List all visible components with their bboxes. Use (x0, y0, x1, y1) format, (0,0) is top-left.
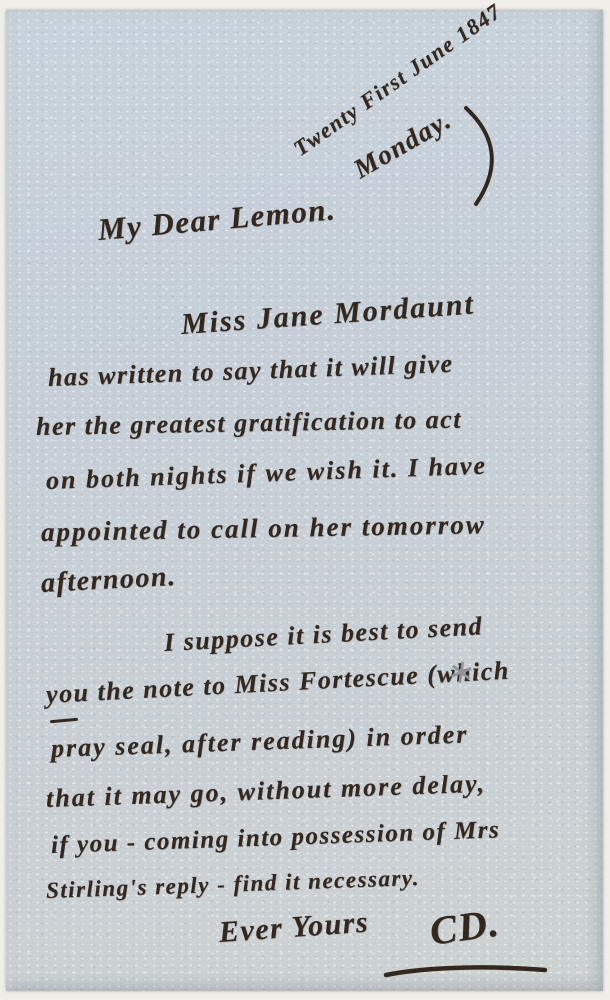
letter-line: if you - coming into possession of Mrs (51, 816, 501, 860)
valediction: Ever Yours (218, 906, 370, 950)
letter-line: appointed to call on her tomorrow (41, 509, 486, 548)
letter-line: that it may go, without more delay, (45, 769, 486, 814)
pencil-asterisk-mark: ∗ (444, 650, 478, 694)
letter-line: afternoon. (40, 561, 177, 600)
letter-line: Miss Jane Mordaunt (180, 288, 476, 342)
letter-line: Stirling's reply - find it necessary. (46, 865, 421, 904)
salutation: My Dear Lemon. (96, 191, 337, 248)
pen-flourish (448, 104, 508, 209)
letter-line: has written to say that it will give (47, 349, 454, 393)
letter-line: pray seal, after reading) in order (50, 719, 468, 764)
signature: CD. (427, 898, 503, 954)
underline-mark (50, 718, 78, 723)
letter-line: you the note to Miss Fortescue (which (45, 656, 510, 710)
letter-line: on both nights if we wish it. I have (45, 451, 487, 496)
signature-flourish (382, 962, 550, 980)
letter-line: I suppose it is best to send (163, 611, 484, 658)
letter-line: her the greatest gratification to act (36, 405, 462, 442)
scanned-letter: Twenty First June 1847 Monday. My Dear L… (0, 0, 610, 1000)
letter-page: Twenty First June 1847 Monday. My Dear L… (6, 10, 603, 991)
